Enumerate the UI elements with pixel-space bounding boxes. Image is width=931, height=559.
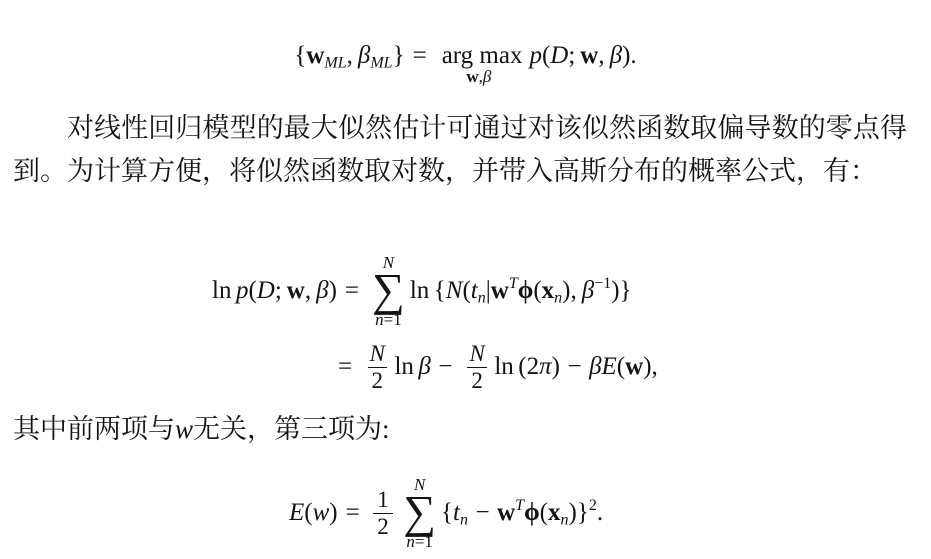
math-token: β (483, 67, 491, 86)
paragraph: 对线性回归模型的最大似然估计可通过对该似然函数取偏导数的零点得 到。为计算方便，… (13, 107, 907, 193)
math-token: D (550, 42, 568, 69)
math-token: ln (394, 353, 413, 380)
fraction-N-2: N 2 (465, 341, 488, 394)
math-token: p (529, 42, 542, 69)
math-token: ; (568, 42, 580, 69)
math-token: )} (611, 277, 631, 304)
fraction-numerator: N (366, 341, 389, 367)
math-token: =1 (384, 310, 402, 329)
math-token: { (434, 277, 446, 304)
math-token: . (597, 499, 603, 526)
math-token: } (393, 42, 405, 69)
math-token: ( (304, 499, 312, 526)
equation-loglik-line2: = N 2 lnβ− N 2 ln(2π)−βE(w), (338, 336, 658, 398)
argmax-lhs: {wML, βML} (294, 42, 404, 72)
math-token: ML (370, 54, 392, 71)
fraction-denominator: 2 (373, 513, 393, 540)
math-token: ) (329, 277, 337, 304)
math-token: β (358, 42, 370, 69)
math-token: 2 (589, 497, 597, 514)
math-token: ( (540, 499, 548, 526)
equation-error: E(w) = 1 2 N ∑ n=1 {tn−wTϕ(xn)}2. (289, 466, 603, 559)
math-token: ML (324, 54, 346, 71)
math-token: E (602, 353, 617, 380)
math-token: ln (212, 277, 231, 304)
equation-loglik-line1: lnp(D; w, β) = N ∑ n=1 ln{N(tn|wTϕ(xn), … (212, 250, 632, 332)
fraction-denominator: 2 (368, 367, 388, 394)
error-rhs: {tn−wTϕ(xn)}2. (441, 497, 603, 529)
document-page: {wML, βML}=arg maxw,βp(D; w, β). 对线性回归模型… (0, 0, 931, 559)
summation: N ∑ n=1 (372, 254, 405, 329)
fraction-numerator: N (465, 341, 488, 367)
equals-sign: = (413, 42, 427, 69)
math-token: x (542, 277, 555, 304)
math-token: n (406, 532, 415, 551)
math-token: D (257, 277, 275, 304)
math-token: β (610, 42, 622, 69)
math-token: x (548, 499, 561, 526)
math-token: N (446, 277, 463, 304)
math-token: T (515, 497, 524, 514)
math-token: − (567, 353, 581, 380)
math-token: w (497, 499, 515, 526)
equals-sign: = (346, 499, 360, 527)
math-token: w (313, 499, 330, 526)
math-token: w (175, 414, 193, 444)
math-token: ), (643, 353, 658, 380)
fraction-numerator: 1 (373, 487, 393, 513)
math-token: 无关，第三项为: (193, 414, 390, 444)
math-token: n (375, 310, 384, 329)
sigma-symbol: ∑ (372, 271, 405, 310)
math-token: n (554, 289, 562, 306)
math-token: =1 (415, 532, 433, 551)
math-token: E (289, 499, 304, 526)
fraction-1-2: 1 2 (373, 487, 393, 540)
argmax-rhs: p(D; w, β). (529, 42, 636, 70)
math-token: w (580, 42, 598, 69)
math-token: , (305, 277, 316, 304)
math-token: β (316, 277, 328, 304)
math-token: )} (569, 499, 589, 526)
math-token: β (589, 353, 601, 380)
loglik-line2-tail: ln(2π)−βE(w), (494, 353, 657, 381)
math-token: ; (275, 277, 287, 304)
math-token: − (438, 353, 452, 380)
math-token: w (491, 277, 509, 304)
math-token: ). (622, 42, 637, 69)
loglik-line2-mid: lnβ− (394, 353, 460, 381)
math-token: ) (329, 499, 337, 526)
math-token: w (287, 277, 305, 304)
sigma-symbol: ∑ (403, 493, 436, 532)
math-token: w (466, 67, 478, 86)
sum-lower-limit: n=1 (375, 311, 402, 328)
fraction-denominator: 2 (467, 367, 487, 394)
math-token: ( (617, 353, 625, 380)
math-token: ϕ (518, 277, 534, 304)
math-token: β (418, 353, 430, 380)
loglik-rhs: ln{N(tn|wTϕ(xn), β−1)} (410, 275, 632, 307)
math-token: −1 (594, 275, 611, 292)
math-token: w (625, 353, 643, 380)
math-token: β (582, 277, 594, 304)
math-token: ) (552, 353, 560, 380)
fraction-N-2: N 2 (366, 341, 389, 394)
math-token: (2 (518, 353, 539, 380)
math-token: T (509, 275, 518, 292)
math-token: 其中前两项与 (13, 414, 175, 444)
loglik-lhs: lnp(D; w, β) (212, 277, 337, 305)
equals-sign: = (345, 277, 359, 305)
math-token: { (441, 499, 453, 526)
argmax-operator: arg maxw,β (442, 42, 523, 70)
math-token: , (347, 42, 358, 69)
math-token: n (478, 289, 486, 306)
math-token: n (561, 511, 569, 528)
error-lhs: E(w) (289, 499, 338, 527)
argmax-label: arg max (442, 42, 523, 69)
summation: N ∑ n=1 (403, 476, 436, 551)
math-token: ln (410, 277, 429, 304)
argmax-underscript: w,β (466, 67, 491, 87)
math-token: n (460, 511, 468, 528)
math-token: w (306, 42, 324, 69)
paragraph-line2: 到。为计算方便，将似然函数取对数，并带入高斯分布的概率公式，有： (13, 150, 907, 193)
math-token: ( (462, 277, 470, 304)
math-token: t (471, 277, 478, 304)
equation-argmax: {wML, βML}=arg maxw,βp(D; w, β). (0, 42, 931, 72)
equals-sign: = (338, 353, 352, 381)
math-token: ϕ (524, 499, 540, 526)
math-token: ln (494, 353, 513, 380)
math-token: ( (248, 277, 256, 304)
math-token: p (236, 277, 249, 304)
sentence: 其中前两项与w无关，第三项为: (13, 409, 390, 449)
math-token: ( (533, 277, 541, 304)
sum-lower-limit: n=1 (406, 533, 433, 550)
math-token: , (598, 42, 609, 69)
math-token: , (570, 277, 581, 304)
math-token: t (453, 499, 460, 526)
math-token: π (539, 353, 552, 380)
paragraph-line1: 对线性回归模型的最大似然估计可通过对该似然函数取偏导数的零点得 (13, 107, 907, 150)
math-token: { (294, 42, 306, 69)
math-token: − (475, 499, 489, 526)
